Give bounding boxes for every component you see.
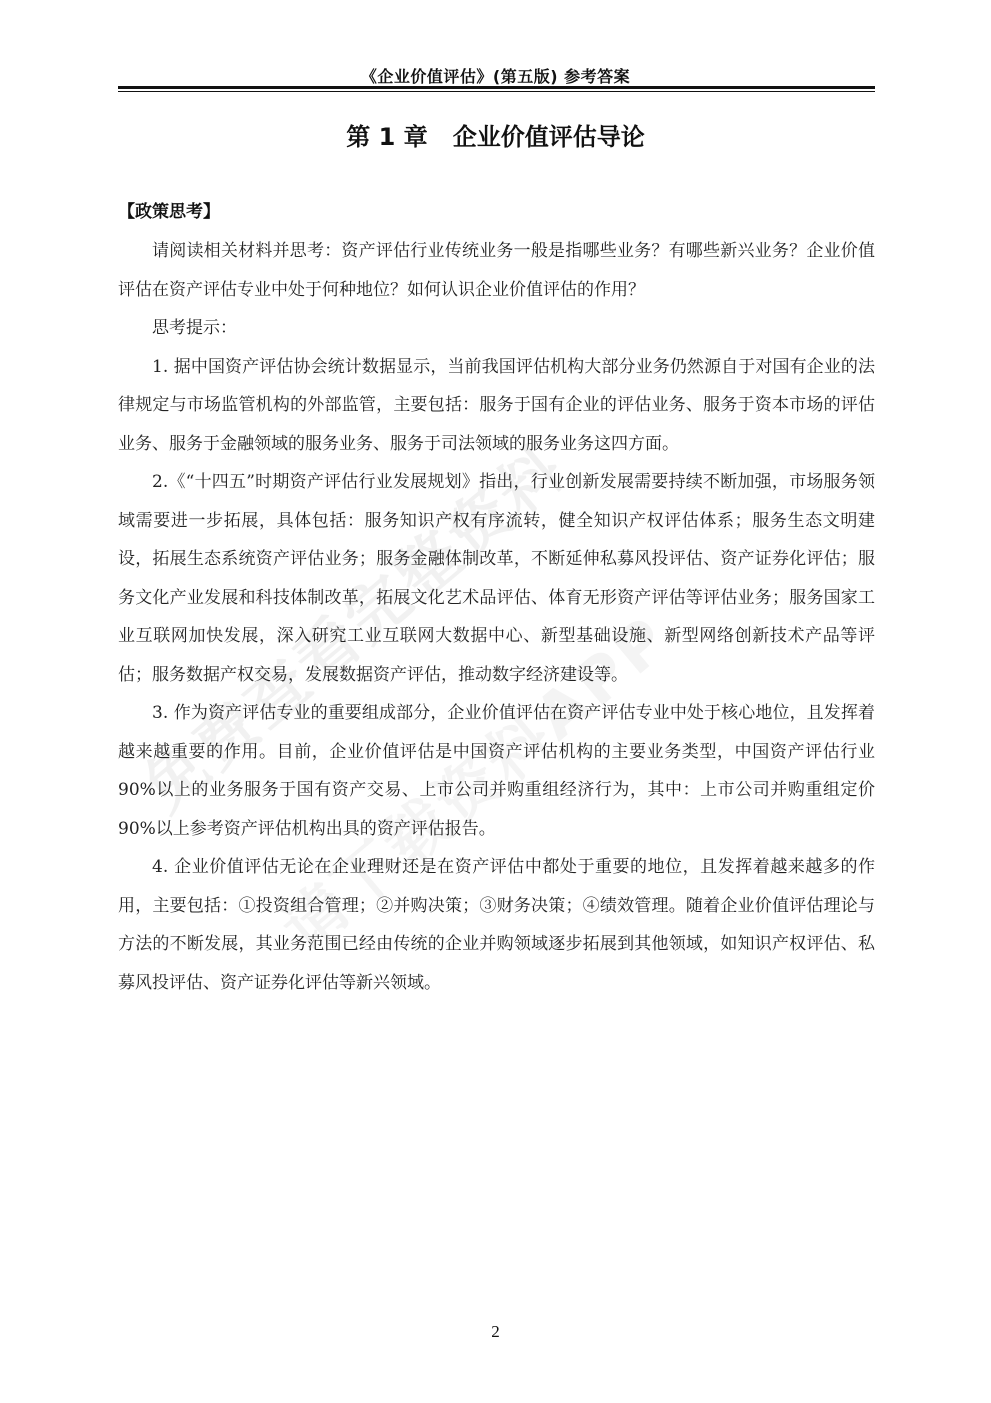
paragraph-point-3: 3. 作为资产评估专业的重要组成部分，企业价值评估在资产评估专业中处于核心地位，… [118,694,875,848]
chapter-title: 第 1 章 企业价值评估导论 [0,117,991,152]
header-rule-thin [118,91,875,92]
paragraph-question: 请阅读相关材料并思考：资产评估行业传统业务一般是指哪些业务？有哪些新兴业务？企业… [118,232,875,309]
paragraph-hint-label: 思考提示： [118,309,875,348]
paragraph-point-1: 1. 据中国资产评估协会统计数据显示，当前我国评估机构大部分业务仍然源自于对国有… [118,348,875,464]
paragraph-point-4: 4. 企业价值评估无论在企业理财还是在资产评估中都处于重要的地位，且发挥着越来越… [118,848,875,1002]
page-number: 2 [0,1322,991,1342]
section-heading: 【政策思考】 [118,197,220,222]
running-header: 《企业价值评估》(第五版) 参考答案 [0,64,991,87]
document-page: 免费查看完整资料 请下载资料APP 《企业价值评估》(第五版) 参考答案 第 1… [0,0,991,1403]
body-text: 请阅读相关材料并思考：资产评估行业传统业务一般是指哪些业务？有哪些新兴业务？企业… [118,232,875,1002]
header-rule-thick [118,86,875,89]
paragraph-point-2: 2.《“十四五”时期资产评估行业发展规划》指出，行业创新发展需要持续不断加强，市… [118,463,875,694]
